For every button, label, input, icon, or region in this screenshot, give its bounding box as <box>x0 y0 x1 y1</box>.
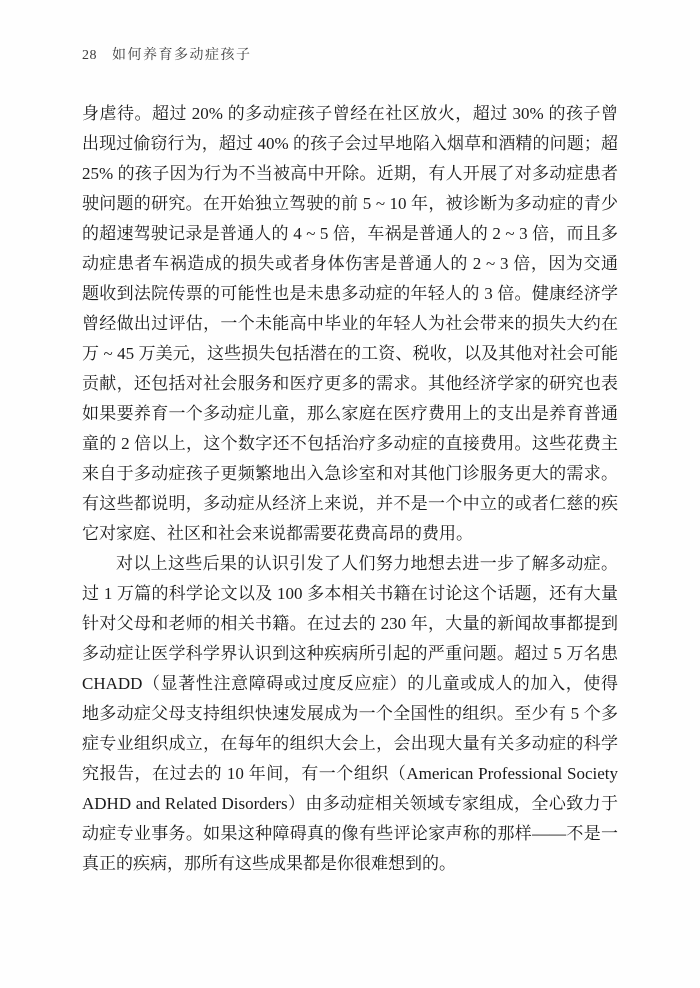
book-page: 28如何养育多动症孩子 身虐待。超过 20% 的多动症孩子曾经在社区放火，超过 … <box>0 0 700 988</box>
paragraph: 身虐待。超过 20% 的多动症孩子曾经在社区放火，超过 30% 的孩子曾经出现过… <box>82 99 618 549</box>
text-line: 驶问题的研究。在开始独立驾驶的前 5 ~ 10 年，被诊断为多动症的青少年 <box>82 189 618 219</box>
text-line: 地多动症父母支持组织快速发展成为一个全国性的组织。至少有 5 个多动 <box>82 699 618 729</box>
text-line: 动症专业事务。如果这种障碍真的像有些评论家声称的那样——不是一种 <box>82 819 618 849</box>
text-line: ADHD and Related Disorders）由多动症相关领域专家组成，… <box>82 789 618 819</box>
text-line: CHADD（显著性注意障碍或过度反应症）的儿童或成人的加入，使得本 <box>82 669 618 699</box>
running-title: 如何养育多动症孩子 <box>112 46 252 66</box>
text-line: 针对父母和老师的相关书籍。在过去的 230 年，大量的新闻故事都提到 <box>82 609 618 639</box>
text-line: 如果要养育一个多动症儿童，那么家庭在医疗费用上的支出是养育普通儿 <box>82 399 618 429</box>
text-line: 来自于多动症孩子更频繁地出入急诊室和对其他门诊服务更大的需求。所 <box>82 459 618 489</box>
page-header: 28如何养育多动症孩子 <box>82 46 252 66</box>
page-body-text: 身虐待。超过 20% 的多动症孩子曾经在社区放火，超过 30% 的孩子曾经出现过… <box>82 99 618 879</box>
text-line: 症专业组织成立，在每年的组织大会上，会出现大量有关多动症的科学研 <box>82 729 618 759</box>
text-line: 有这些都说明，多动症从经济上来说，并不是一个中立的或者仁慈的疾病， <box>82 489 618 519</box>
text-line: 过 1 万篇的科学论文以及 100 多本相关书籍在讨论这个话题，还有大量的 <box>82 579 618 609</box>
page-number: 28 <box>82 46 97 66</box>
text-line: 究报告，在过去的 10 年间，有一个组织（American Profession… <box>82 759 618 789</box>
text-line: 动症患者车祸造成的损失或者身体伤害是普通人的 2 ~ 3 倍，因为交通问 <box>82 249 618 279</box>
text-line: 题收到法院传票的可能性也是未患多动症的年轻人的 3 倍。健康经济学家 <box>82 279 618 309</box>
text-line: 它对家庭、社区和社会来说都需要花费高昂的费用。 <box>82 519 618 549</box>
text-line: 万 ~ 45 万美元，这些损失包括潜在的工资、税收，以及其他对社会可能的 <box>82 339 618 369</box>
text-line: 真正的疾病，那所有这些成果都是你很难想到的。 <box>82 849 618 879</box>
text-line: 贡献，还包括对社会服务和医疗更多的需求。其他经济学家的研究也表明， <box>82 369 618 399</box>
text-line: 25% 的孩子因为行为不当被高中开除。近期，有人开展了对多动症患者驾 <box>82 159 618 189</box>
text-line: 童的 2 倍以上，这个数字还不包括治疗多动症的直接费用。这些花费主要 <box>82 429 618 459</box>
text-line: 对以上这些后果的认识引发了人们努力地想去进一步了解多动症。超 <box>82 549 618 579</box>
text-line: 出现过偷窃行为，超过 40% 的孩子会过早地陷入烟草和酒精的问题；超过 <box>82 129 618 159</box>
text-line: 多动症让医学科学界认识到这种疾病所引起的严重问题。超过 5 万名患有 <box>82 639 618 669</box>
text-line: 曾经做出过评估，一个未能高中毕业的年轻人为社会带来的损失大约在 37 <box>82 309 618 339</box>
paragraph: 对以上这些后果的认识引发了人们努力地想去进一步了解多动症。超过 1 万篇的科学论… <box>82 549 618 879</box>
text-line: 身虐待。超过 20% 的多动症孩子曾经在社区放火，超过 30% 的孩子曾经 <box>82 99 618 129</box>
text-line: 的超速驾驶记录是普通人的 4 ~ 5 倍，车祸是普通人的 2 ~ 3 倍，而且多 <box>82 219 618 249</box>
